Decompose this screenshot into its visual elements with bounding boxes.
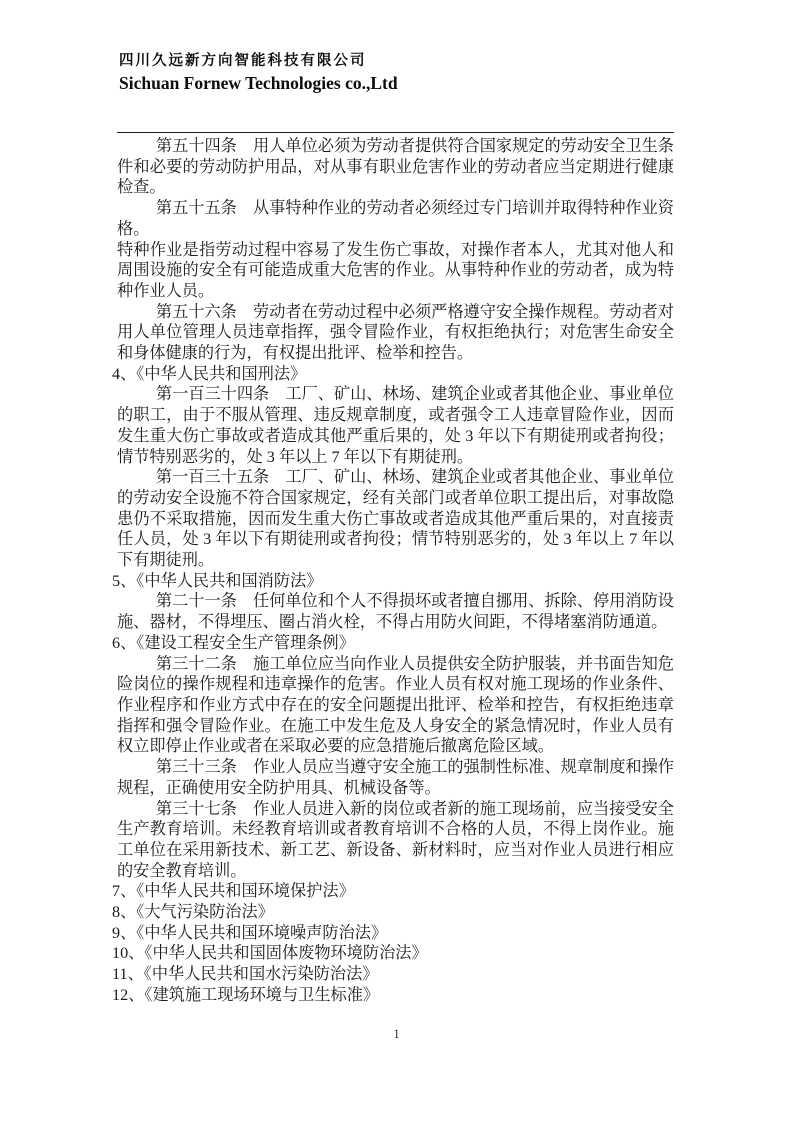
list-item-6-construction-regulation: 6、《建设工程安全生产管理条例》 bbox=[112, 633, 674, 654]
list-item-4-criminal-law: 4、《中华人民共和国刑法》 bbox=[112, 364, 674, 385]
paragraph-article-56: 第五十六条 劳动者在劳动过程中必须严格遵守安全操作规程。劳动者对用人单位管理人员… bbox=[117, 302, 674, 364]
paragraph-special-work-note: 特种作业是指劳动过程中容易了发生伤亡事故，对操作者本人，尤其对他人和周围设施的安… bbox=[117, 240, 674, 302]
company-name-chinese: 四川久远新方向智能科技有限公司 bbox=[119, 52, 679, 70]
page-number: 1 bbox=[393, 1026, 400, 1041]
paragraph-article-37: 第三十七条 作业人员进入新的岗位或者新的施工现场前，应当接受安全生产教育培训。未… bbox=[117, 799, 674, 882]
paragraph-article-54: 第五十四条 用人单位必须为劳动者提供符合国家规定的劳动安全卫生条件和必要的劳动防… bbox=[117, 136, 674, 198]
document-page: 四川久远新方向智能科技有限公司 Sichuan Fornew Technolog… bbox=[0, 0, 793, 1122]
paragraph-article-21: 第二十一条 任何单位和个人不得损坏或者擅自挪用、拆除、停用消防设施、器材，不得埋… bbox=[117, 591, 674, 632]
paragraph-article-33: 第三十三条 作业人员应当遵守安全施工的强制性标准、规章制度和操作规程，正确使用安… bbox=[117, 757, 674, 798]
header-divider-rule bbox=[117, 132, 674, 133]
list-item-11-water-pollution-law: 11、《中华人民共和国水污染防治法》 bbox=[112, 964, 674, 985]
list-item-5-fire-law: 5、《中华人民共和国消防法》 bbox=[112, 571, 674, 592]
list-item-8-air-pollution-law: 8、《大气污染防治法》 bbox=[112, 902, 674, 923]
list-item-7-environment-law: 7、《中华人民共和国环境保护法》 bbox=[112, 881, 674, 902]
list-item-9-noise-law: 9、《中华人民共和国环境噪声防治法》 bbox=[112, 923, 674, 944]
paragraph-article-135: 第一百三十五条 工厂、矿山、林场、建筑企业或者其他企业、事业单位的劳动安全设施不… bbox=[117, 467, 674, 571]
page-footer: 1 bbox=[0, 1026, 793, 1042]
company-header: 四川久远新方向智能科技有限公司 Sichuan Fornew Technolog… bbox=[119, 52, 679, 94]
paragraph-article-134: 第一百三十四条 工厂、矿山、林场、建筑企业或者其他企业、事业单位的职工，由于不服… bbox=[117, 384, 674, 467]
document-body: 第五十四条 用人单位必须为劳动者提供符合国家规定的劳动安全卫生条件和必要的劳动防… bbox=[117, 136, 674, 1006]
list-item-12-site-hygiene-standard: 12、《建筑施工现场环境与卫生标准》 bbox=[112, 985, 674, 1006]
paragraph-article-55: 第五十五条 从事特种作业的劳动者必须经过专门培训并取得特种作业资格。 bbox=[117, 198, 674, 239]
company-name-english: Sichuan Fornew Technologies co.,Ltd bbox=[119, 72, 679, 94]
paragraph-article-32: 第三十二条 施工单位应当向作业人员提供安全防护服装，并书面告知危险岗位的操作规程… bbox=[117, 654, 674, 758]
list-item-10-solid-waste-law: 10、《中华人民共和国固体废物环境防治法》 bbox=[112, 943, 674, 964]
